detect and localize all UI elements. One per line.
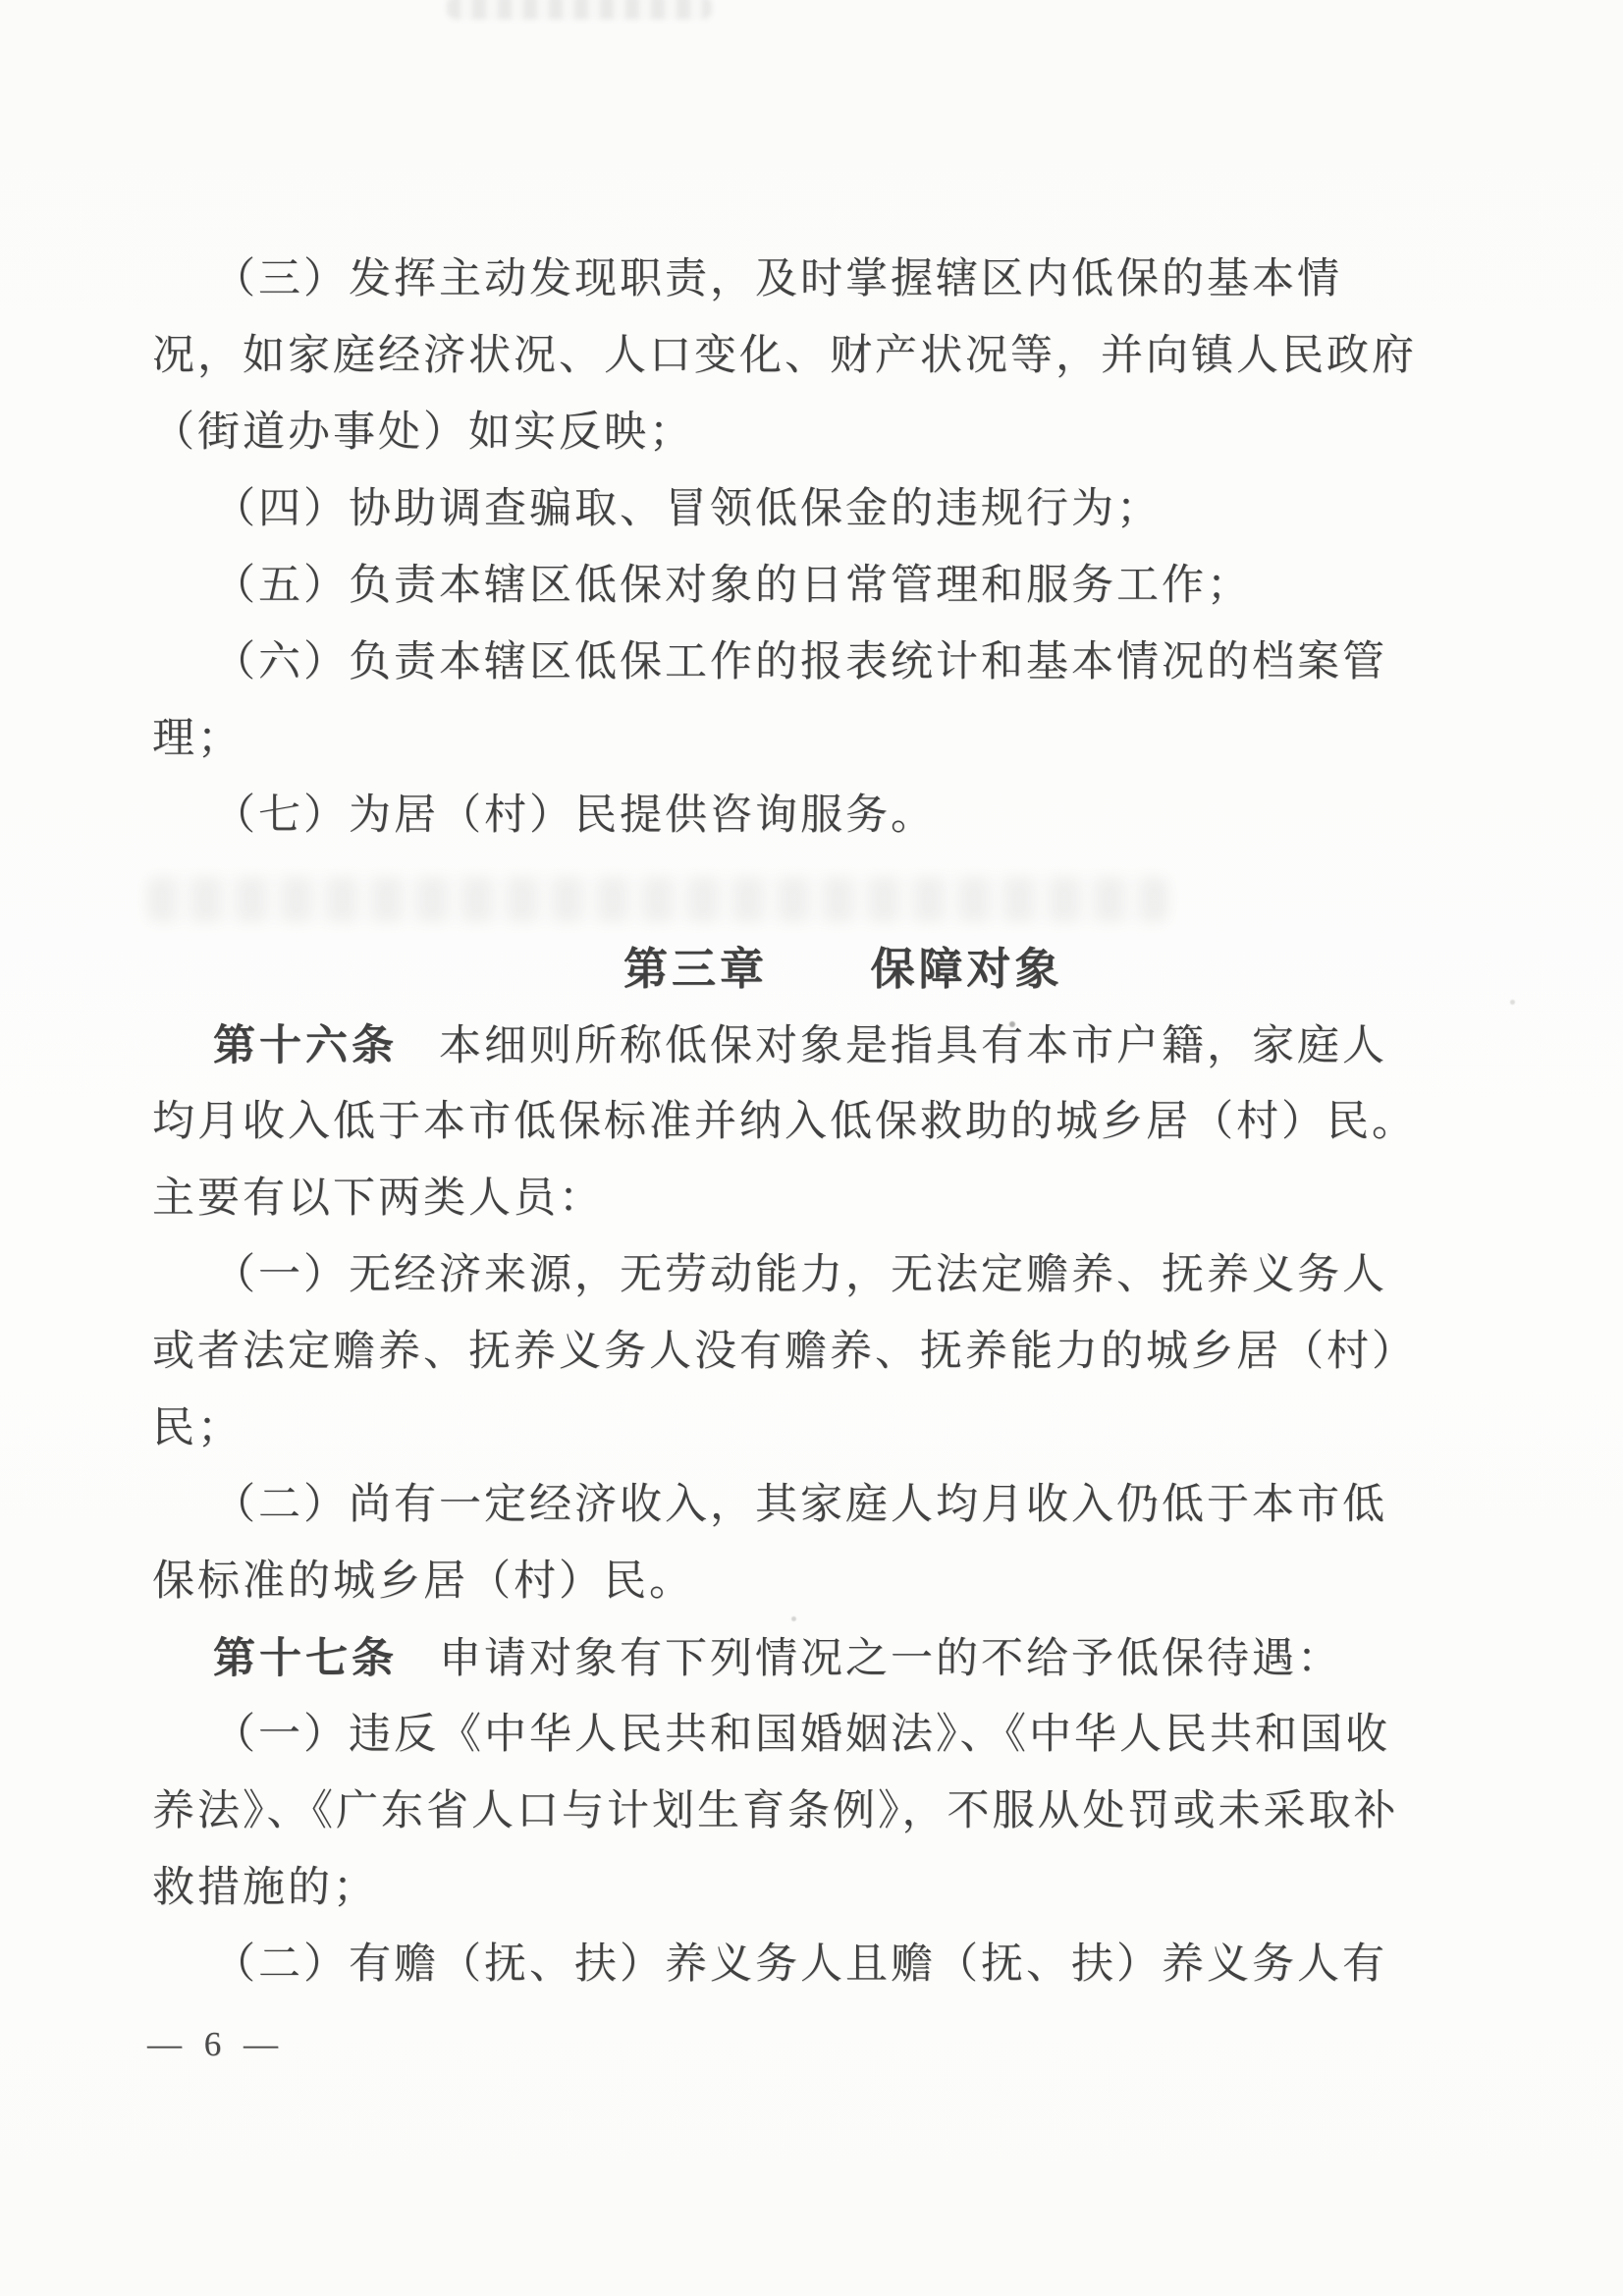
document-line: 况，如家庭经济状况、人口变化、财产状况等，并向镇人民政府 <box>152 318 1507 395</box>
document-line: 或者法定赡养、抚养义务人没有赡养、抚养能力的城乡居（村） <box>152 1314 1507 1391</box>
article-number: 第十七条 <box>213 1635 398 1682</box>
document-body: （三）发挥主动发现职责，及时掌握辖区内低保的基本情 况，如家庭经济状况、人口变化… <box>152 242 1507 2003</box>
scan-artifact <box>447 0 712 20</box>
line-text: 申请对象有下列情况之一的不给予低保待遇： <box>439 1636 1342 1682</box>
document-line: 民； <box>152 1391 1507 1467</box>
page-number: — 6 — <box>147 2025 285 2064</box>
document-line: 均月收入低于本市低保标准并纳入低保救助的城乡居（村）民。 <box>152 1084 1507 1161</box>
document-line: （二）尚有一定经济收入，其家庭人均月收入仍低于本市低 <box>152 1467 1507 1544</box>
document-line: （三）发挥主动发现职责，及时掌握辖区内低保的基本情 <box>152 242 1507 318</box>
chapter-number: 第三章 <box>623 944 768 994</box>
document-line: 主要有以下两类人员： <box>152 1161 1507 1237</box>
document-line: 第十七条申请对象有下列情况之一的不给予低保待遇： <box>152 1620 1507 1697</box>
document-line: （二）有赡（抚、扶）养义务人且赡（抚、扶）养义务人有 <box>152 1927 1507 2003</box>
document-line: （四）协助调查骗取、冒领低保金的违规行为； <box>152 471 1507 548</box>
document-line: （六）负责本辖区低保工作的报表统计和基本情况的档案管 <box>152 625 1507 701</box>
document-line: （一）无经济来源，无劳动能力，无法定赡养、抚养义务人 <box>152 1237 1507 1314</box>
document-line: （街道办事处）如实反映； <box>152 395 1507 471</box>
document-line: （一）违反《中华人民共和国婚姻法》、《中华人民共和国收 <box>152 1697 1507 1774</box>
chapter-title: 保障对象 <box>871 944 1063 994</box>
document-page: （三）发挥主动发现职责，及时掌握辖区内低保的基本情 况，如家庭经济状况、人口变化… <box>0 0 1623 2296</box>
blank-line <box>152 854 1507 931</box>
document-line: （七）为居（村）民提供咨询服务。 <box>152 778 1507 854</box>
document-line: 保标准的城乡居（村）民。 <box>152 1544 1507 1620</box>
line-text: 本细则所称低保对象是指具有本市户籍，家庭人 <box>439 1023 1387 1069</box>
chapter-heading: 第三章 保障对象 <box>152 931 1507 1008</box>
article-number: 第十六条 <box>213 1022 398 1069</box>
document-line: 救措施的； <box>152 1850 1507 1927</box>
scan-artifact <box>1510 1000 1515 1005</box>
document-line: 养法》、《广东省人口与计划生育条例》，不服从处罚或未采取补 <box>152 1774 1507 1850</box>
document-line: （五）负责本辖区低保对象的日常管理和服务工作； <box>152 548 1507 625</box>
document-line: 第十六条本细则所称低保对象是指具有本市户籍，家庭人 <box>152 1008 1507 1084</box>
document-line: 理； <box>152 701 1507 778</box>
